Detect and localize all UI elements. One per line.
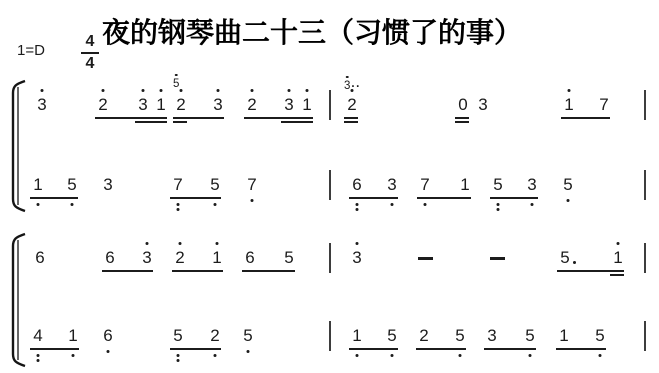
- octave-dot-above: [288, 89, 291, 92]
- note: 5: [385, 326, 399, 346]
- note-digit: 7: [245, 175, 259, 195]
- note: 4: [31, 326, 45, 346]
- barline: [644, 90, 646, 120]
- beam-line: [490, 197, 538, 199]
- note: 5: [208, 175, 222, 195]
- note: 7: [245, 175, 259, 195]
- note: 3: [35, 95, 49, 115]
- note-digit: 2: [173, 248, 187, 268]
- note-digit: 0: [456, 95, 470, 115]
- note: 25: [174, 95, 188, 115]
- note: 1: [557, 326, 571, 346]
- beam-line: [417, 197, 471, 199]
- octave-dot-below: [497, 203, 500, 206]
- note: 2: [417, 326, 431, 346]
- note-digit: 1: [210, 248, 224, 268]
- octave-dot-above: [617, 242, 620, 245]
- octave-dot-below: [107, 350, 110, 353]
- octave-dot-below: [71, 203, 74, 206]
- note-digit: 1: [31, 175, 45, 195]
- note-digit: 5: [385, 326, 399, 346]
- note: 5: [491, 175, 505, 195]
- note: 23..: [345, 95, 359, 115]
- note: 1: [458, 175, 472, 195]
- note: 1: [66, 326, 80, 346]
- barline: [329, 243, 331, 273]
- note-digit: 2: [174, 95, 188, 115]
- octave-dot-above: [568, 89, 571, 92]
- note: 3: [282, 95, 296, 115]
- note: 3: [140, 248, 154, 268]
- grace-digit: 5: [173, 78, 179, 90]
- note-digit: 3: [140, 248, 154, 268]
- octave-dot-above: [160, 89, 163, 92]
- note: 5: [558, 248, 572, 268]
- note-digit: 5: [453, 326, 467, 346]
- note-digit: 1: [66, 326, 80, 346]
- beam-line: [455, 117, 469, 119]
- octave-dot-above: [216, 242, 219, 245]
- note-digit: 7: [418, 175, 432, 195]
- note-digit: 6: [101, 326, 115, 346]
- note-digit: 6: [33, 248, 47, 268]
- note-digit: 1: [350, 326, 364, 346]
- note: 0: [456, 95, 470, 115]
- note: 2: [96, 95, 110, 115]
- dash-note: [490, 257, 505, 260]
- octave-dot-above: [180, 89, 183, 92]
- score-area: 323125323123..03171537576371535663216535…: [0, 0, 659, 373]
- octave-dot-below: [251, 199, 254, 202]
- note-digit: 5: [561, 175, 575, 195]
- note-digit: 5: [208, 175, 222, 195]
- note-digit: 1: [154, 95, 168, 115]
- octave-dot-above: [356, 242, 359, 245]
- note: 3: [525, 175, 539, 195]
- note-digit: 1: [611, 248, 625, 268]
- grace-octave-dot: [175, 74, 178, 77]
- note: 5: [561, 175, 575, 195]
- note-digit: 6: [243, 248, 257, 268]
- octave-dot-below: [424, 203, 427, 206]
- beam-line: [556, 348, 606, 350]
- note-digit: 5: [523, 326, 537, 346]
- beam-line: [173, 121, 187, 123]
- note: 5: [593, 326, 607, 346]
- beam-line: [455, 121, 469, 123]
- beam-line: [242, 270, 295, 272]
- octave-dot-above: [306, 89, 309, 92]
- octave-dot-below: [72, 354, 75, 357]
- dash-note: [418, 257, 433, 260]
- note: 7: [171, 175, 185, 195]
- note: 3: [476, 95, 490, 115]
- octave-dot-above: [142, 89, 145, 92]
- note-digit: 2: [208, 326, 222, 346]
- note-digit: 5: [65, 175, 79, 195]
- barline: [329, 170, 331, 200]
- octave-dot-above: [102, 89, 105, 92]
- note-digit: 1: [300, 95, 314, 115]
- beam-line: [349, 348, 398, 350]
- note-digit: 3: [211, 95, 225, 115]
- barline: [329, 90, 331, 120]
- beam-line: [172, 270, 223, 272]
- octave-dot-below: [177, 359, 180, 362]
- barline: [329, 321, 331, 351]
- note: 1: [210, 248, 224, 268]
- grace-duration-dots: ..: [351, 78, 360, 90]
- note: 1: [350, 326, 364, 346]
- beam-line: [170, 197, 221, 199]
- octave-dot-below: [177, 208, 180, 211]
- note-digit: 3: [136, 95, 150, 115]
- grace-note: 3..: [344, 78, 361, 92]
- octave-dot-above: [146, 242, 149, 245]
- system-bracket-icon: [8, 80, 28, 212]
- octave-dot-below: [356, 203, 359, 206]
- octave-dot-below: [247, 350, 250, 353]
- note-digit: 3: [101, 175, 115, 195]
- note-digit: 3: [485, 326, 499, 346]
- beam-line: [344, 121, 358, 123]
- grace-note: 5: [173, 78, 179, 90]
- note-digit: 3: [35, 95, 49, 115]
- beam-line: [135, 121, 167, 123]
- note: 6: [33, 248, 47, 268]
- beam-line: [344, 117, 358, 119]
- note-digit: 3: [525, 175, 539, 195]
- note: 3: [101, 175, 115, 195]
- octave-dot-below: [177, 203, 180, 206]
- note: 5: [453, 326, 467, 346]
- octave-dot-below: [567, 199, 570, 202]
- note: 2: [245, 95, 259, 115]
- note: [490, 248, 504, 268]
- note-digit: 5: [558, 248, 572, 268]
- note: 1: [154, 95, 168, 115]
- beam-line: [170, 348, 221, 350]
- note: 3: [136, 95, 150, 115]
- note-digit: 3: [350, 248, 364, 268]
- note-digit: 3: [476, 95, 490, 115]
- note: 5: [282, 248, 296, 268]
- note: 2: [173, 248, 187, 268]
- note-digit: 2: [345, 95, 359, 115]
- note: 5: [65, 175, 79, 195]
- note-digit: 5: [593, 326, 607, 346]
- octave-dot-below: [497, 208, 500, 211]
- barline: [644, 170, 646, 200]
- note: 5: [523, 326, 537, 346]
- note-digit: 1: [562, 95, 576, 115]
- octave-dot-above: [41, 89, 44, 92]
- system-bracket-icon: [8, 233, 28, 367]
- duration-dot: [573, 261, 576, 264]
- note: 7: [418, 175, 432, 195]
- note: [418, 248, 432, 268]
- note-digit: 1: [458, 175, 472, 195]
- octave-dot-below: [599, 354, 602, 357]
- beam-line: [349, 197, 398, 199]
- note: 6: [350, 175, 364, 195]
- note: 5: [171, 326, 185, 346]
- note-digit: 5: [491, 175, 505, 195]
- beam-line: [561, 117, 610, 119]
- octave-dot-above: [179, 242, 182, 245]
- beam-line: [244, 117, 313, 119]
- beam-line: [95, 117, 167, 119]
- octave-dot-below: [391, 354, 394, 357]
- note: 1: [31, 175, 45, 195]
- beam-line: [557, 270, 624, 272]
- note: 6: [103, 248, 117, 268]
- octave-dot-below: [531, 203, 534, 206]
- grace-octave-dot: [346, 76, 349, 79]
- beam-line: [30, 197, 78, 199]
- octave-dot-below: [529, 354, 532, 357]
- beam-line: [30, 348, 79, 350]
- note: 1: [300, 95, 314, 115]
- barline: [644, 321, 646, 351]
- beam-line: [416, 348, 466, 350]
- note-digit: 5: [241, 326, 255, 346]
- octave-dot-below: [177, 354, 180, 357]
- note-digit: 3: [282, 95, 296, 115]
- octave-dot-below: [37, 354, 40, 357]
- barline: [644, 243, 646, 273]
- note: 1: [611, 248, 625, 268]
- octave-dot-above: [217, 89, 220, 92]
- note-digit: 3: [385, 175, 399, 195]
- note-digit: 1: [557, 326, 571, 346]
- note: 2: [208, 326, 222, 346]
- octave-dot-below: [356, 208, 359, 211]
- note: 7: [597, 95, 611, 115]
- octave-dot-below: [459, 354, 462, 357]
- note-digit: 7: [171, 175, 185, 195]
- note-digit: 4: [31, 326, 45, 346]
- note: 3: [385, 175, 399, 195]
- beam-line: [484, 348, 536, 350]
- note-digit: 6: [350, 175, 364, 195]
- note-digit: 5: [171, 326, 185, 346]
- note-digit: 2: [96, 95, 110, 115]
- note-digit: 6: [103, 248, 117, 268]
- note: 1: [562, 95, 576, 115]
- beam-line: [102, 270, 153, 272]
- note: 3: [485, 326, 499, 346]
- note: 3: [211, 95, 225, 115]
- note: 3: [350, 248, 364, 268]
- note-digit: 5: [282, 248, 296, 268]
- note-digit: 2: [245, 95, 259, 115]
- octave-dot-below: [214, 354, 217, 357]
- octave-dot-above: [251, 89, 254, 92]
- octave-dot-below: [37, 359, 40, 362]
- grace-digit: 3: [344, 80, 350, 92]
- octave-dot-below: [356, 354, 359, 357]
- octave-dot-below: [214, 203, 217, 206]
- note: 5: [241, 326, 255, 346]
- beam-line: [610, 274, 624, 276]
- octave-dot-below: [37, 203, 40, 206]
- octave-dot-below: [391, 203, 394, 206]
- beam-line: [173, 117, 224, 119]
- note: 6: [101, 326, 115, 346]
- note-digit: 7: [597, 95, 611, 115]
- note-digit: 2: [417, 326, 431, 346]
- beam-line: [281, 121, 313, 123]
- note: 6: [243, 248, 257, 268]
